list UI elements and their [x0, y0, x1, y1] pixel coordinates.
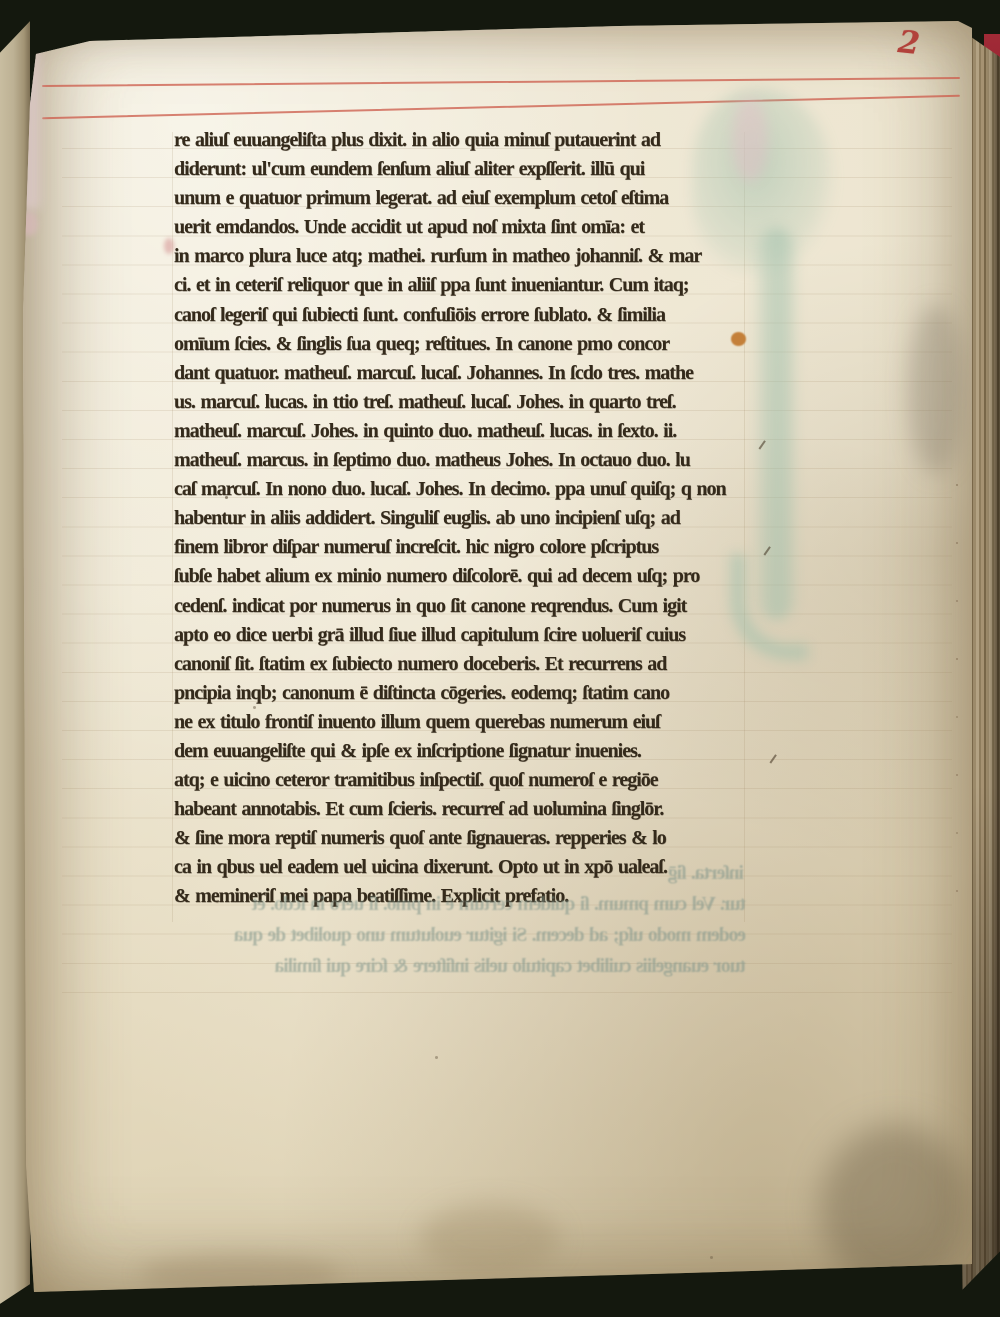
- manuscript-line: omīum ſcies. & ſinglis ſua queq; reſtitu…: [174, 330, 764, 359]
- manuscript-line: apto eo dice uerbi grā illud ſiue illud …: [174, 621, 764, 650]
- red-ruled-line-bottom: [42, 95, 960, 119]
- prick-marks: [956, 484, 958, 486]
- manuscript-line: uerit emdandos. Unde accidit ut apud noſ…: [174, 213, 764, 242]
- parchment-page: 2 re aliuſ euuangeliſta plus dixit. in a…: [20, 14, 972, 1300]
- manuscript-line: matheuſ. marcuſ. Johes. in quinto duo. m…: [174, 417, 764, 446]
- manuscript-line: caſ marcuſ. In nono duo. lucaſ. Johes. I…: [174, 475, 764, 504]
- manuscript-line: unum e quatuor primum legerat. ad eiuſ e…: [174, 184, 764, 213]
- manuscript-line: matheuſ. marcus. in ſeptimo duo. matheus…: [174, 446, 764, 475]
- pink-ink-spot: [164, 238, 174, 254]
- bottom-left-stain: [140, 1254, 340, 1294]
- manuscript-line: us. marcuſ. lucas. in ttio treſ. matheuſ…: [174, 388, 764, 417]
- manuscript-line: cedenſ. indicat por numerus in quo ſit c…: [174, 592, 764, 621]
- bleedthrough-text-block: inſerta. ſiḡ tur. Vel cum pmum. ſi quide…: [170, 858, 746, 982]
- manuscript-line: canoniſ ſit. ſtatim ex ſubiecto numero d…: [174, 650, 764, 679]
- manuscript-line: atq; e uicino ceteror tramitibus inſpect…: [174, 766, 764, 795]
- manuscript-line: habeant annotabis. Et cum ſcieris. recur…: [174, 795, 764, 824]
- bleedthrough-line: tur. Vel cum pmum. ſi quidem certum ē in…: [170, 889, 746, 920]
- manuscript-line: dant quatuor. matheuſ. marcuſ. lucaſ. Jo…: [174, 359, 764, 388]
- manuscript-line: diderunt: ul'cum eundem ſenſum aliuſ ali…: [174, 155, 764, 184]
- manuscript-line: pncipia inqb; canonum ē diſtincta cōgeri…: [174, 679, 764, 708]
- bleedthrough-line: tuor euangeliis cuilibet capitulo uelis …: [170, 951, 746, 982]
- bleedthrough-line: eodem modo uſq; ad decem. Si igitur euol…: [170, 920, 746, 951]
- manuscript-line: habentur in aliis addidert. Singuliſ eug…: [174, 504, 764, 533]
- manuscript-line: ſubſe habet alium ex minio numero diſcol…: [174, 562, 764, 591]
- manuscript-line: finem libror diſpar numeruſ increſcit. h…: [174, 533, 764, 562]
- manuscript-line: ne ex titulo frontiſ inuento illum quem …: [174, 708, 764, 737]
- manuscript-line: dem euuangeliſte qui & ipſe ex inſcripti…: [174, 737, 764, 766]
- manuscript-photo: 2 re aliuſ euuangeliſta plus dixit. in a…: [0, 0, 1000, 1317]
- bottom-right-stain: [820, 1124, 970, 1294]
- manuscript-text-block: re aliuſ euuangeliſta plus dixit. in ali…: [174, 126, 764, 912]
- bottom-center-stain: [420, 1204, 560, 1274]
- manuscript-line: in marco plura luce atq; mathei. rurſum …: [174, 242, 764, 271]
- folio-number: 2: [896, 24, 940, 64]
- margin-smudge: [908, 304, 964, 474]
- bleedthrough-line: inſerta. ſiḡ: [170, 858, 746, 889]
- red-ruled-line-top: [42, 77, 960, 87]
- manuscript-line: & ſine mora reptiſ numeris quoſ ante ſig…: [174, 824, 764, 853]
- manuscript-line: ci. et in ceteriſ reliquor que in aliiſ …: [174, 271, 764, 300]
- manuscript-line: canoſ legeriſ qui ſubiecti ſunt. confuſi…: [174, 301, 764, 330]
- manuscript-line: re aliuſ euuangeliſta plus dixit. in ali…: [174, 126, 764, 155]
